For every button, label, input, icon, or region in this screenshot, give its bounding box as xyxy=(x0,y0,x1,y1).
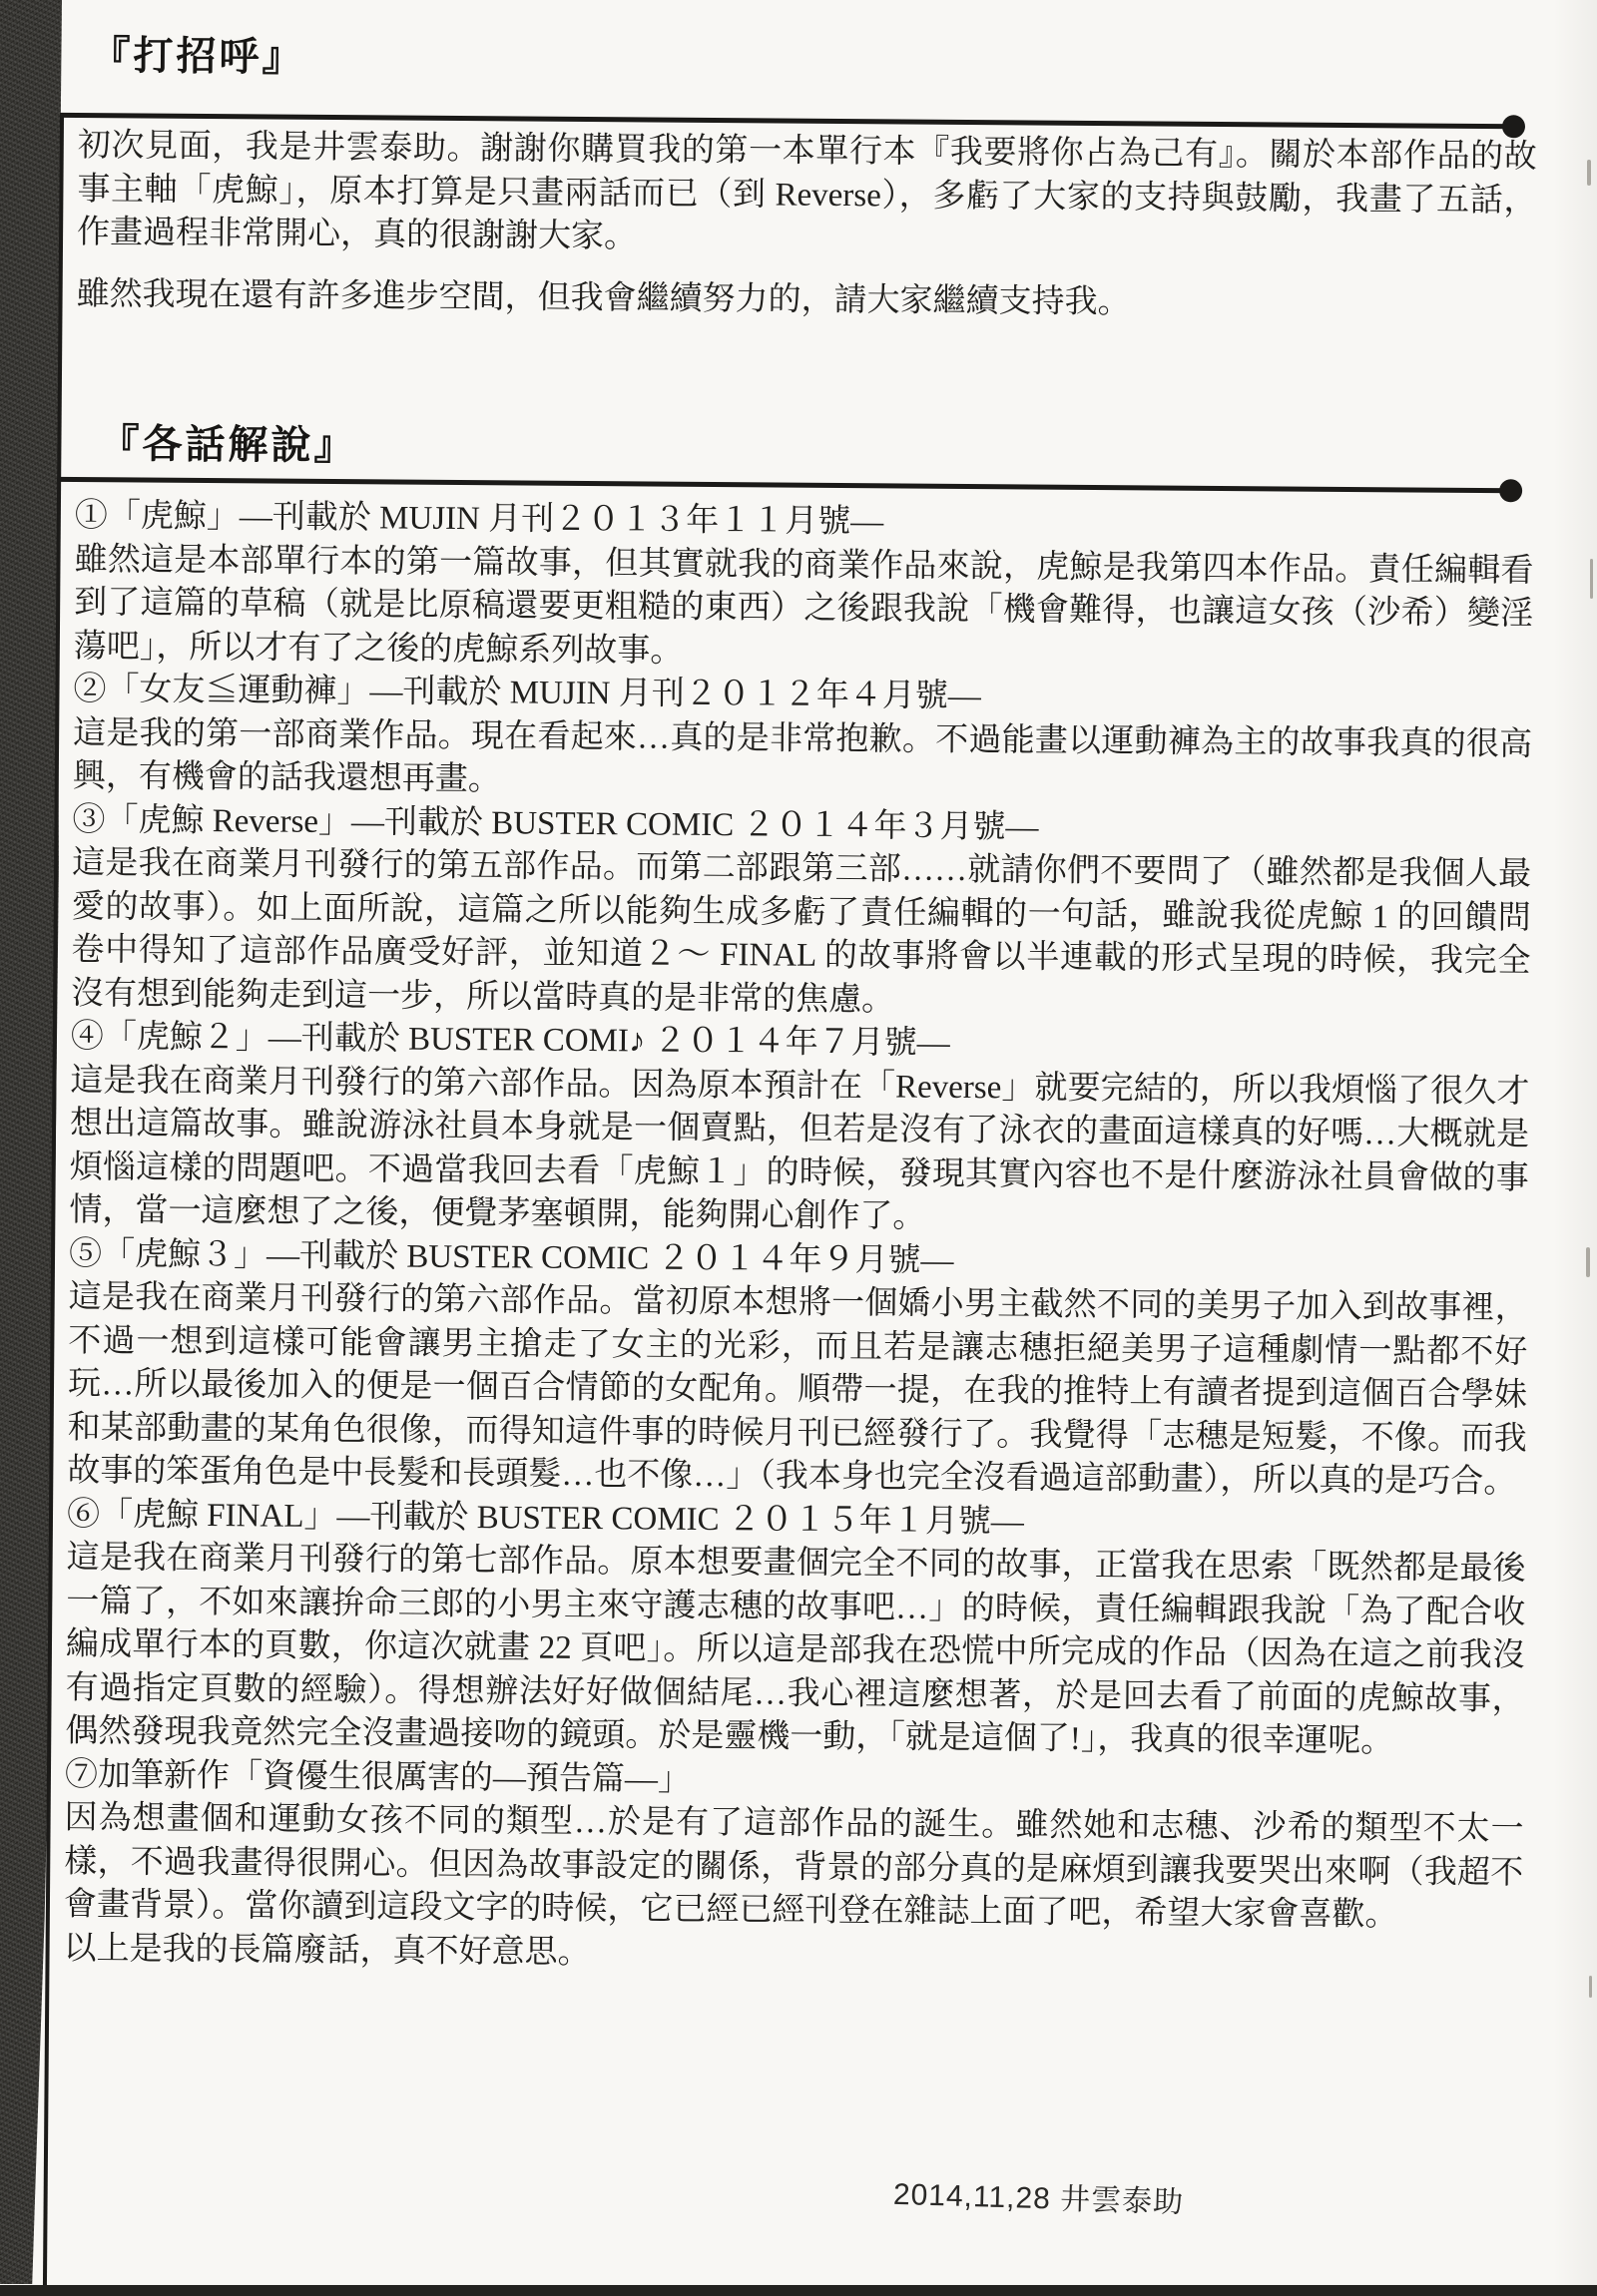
scan-right-shade xyxy=(1553,0,1597,2296)
commentary-section-title: 『各話解說』 xyxy=(99,420,1542,479)
commentary-entry: ②「女友≦運動褲」—刊載於 MUJIN 月刊２０１２年４月號— 這是我的第一部商… xyxy=(73,669,1533,810)
entry-body: 這是我的第一部商業作品。現在看起來…真的是非常抱歉。不過能畫以運動褲為主的故事我… xyxy=(73,711,1533,809)
entry-body: 因為想畫個和運動女孩不同的類型…於是有了這部作品的誕生。雖然她和志穗、沙希的類型… xyxy=(64,1797,1524,1939)
page-bottom-edge xyxy=(0,2285,1597,2296)
greeting-paragraph: 雖然我現在還有許多進步空間，但我會繼續努力的，請大家繼續支持我。 xyxy=(76,272,1535,327)
scan-noise xyxy=(1589,1976,1592,1998)
scan-noise xyxy=(1590,559,1593,599)
commentary-entry: ⑥「虎鯨 FINAL」—刊載於 BUSTER COMIC ２０１５年１月號— 這… xyxy=(65,1493,1526,1764)
commentary-entry: ①「虎鯨」—刊載於 MUJIN 月刊２０１３年１１月號— 雖然這是本部單行本的第… xyxy=(74,495,1534,680)
commentary-entry: ⑦加筆新作「資優生很厲害的—預告篇—」 因為想畫個和運動女孩不同的類型…於是有了… xyxy=(64,1753,1524,1938)
entry-body: 這是我在商業月刊發行的第七部作品。原本想要畫個完全不同的故事，正當我在思索「既然… xyxy=(65,1537,1526,1765)
greeting-paragraph: 初次見面，我是井雲泰助。謝謝你購買我的第一本單行本『我要將你占為己有』。關於本部… xyxy=(77,125,1537,266)
scan-noise xyxy=(1587,160,1591,186)
commentary-entry: ⑤「虎鯨３」—刊載於 BUSTER COMIC ２０１４年９月號— 這是我在商業… xyxy=(67,1232,1528,1504)
greeting-section-title: 『打招呼』 xyxy=(90,32,1545,91)
entry-body: 這是我在商業月刊發行的第五部作品。而第二部跟第三部……就請你們不要問了（雖然都是… xyxy=(71,842,1531,1027)
commentary-text: ①「虎鯨」—刊載於 MUJIN 月刊２０１３年１１月號— 雖然這是本部單行本的第… xyxy=(63,495,1534,1982)
date-signature: 2014,11,28 井雲泰助 xyxy=(892,2169,1184,2221)
greeting-text: 初次見面，我是井雲泰助。謝謝你購買我的第一本單行本『我要將你占為己有』。關於本部… xyxy=(76,125,1536,327)
entry-body: 這是我在商業月刊發行的第六部作品。因為原本預計在「Reverse」就要完結的，所… xyxy=(69,1059,1529,1243)
scan-noise xyxy=(1586,1247,1590,1277)
section-divider-rule xyxy=(57,477,1514,493)
entry-body: 雖然這是本部單行本的第一篇故事，但其實就我的商業作品來說，虎鯨是我第四本作品。責… xyxy=(74,538,1534,680)
afterword-page: 『打招呼』 初次見面，我是井雲泰助。謝謝你購買我的第一本單行本『我要將你占為己有… xyxy=(45,0,1545,1982)
commentary-entry: ④「虎鯨２」—刊載於 BUSTER COMI♪ ２０１４年７月號— 這是我在商業… xyxy=(69,1016,1530,1244)
rule-end-dot xyxy=(1502,115,1525,138)
rule-end-dot xyxy=(1499,479,1522,502)
commentary-entry: ③「虎鯨 Reverse」—刊載於 BUSTER COMIC ２０１４年３月號—… xyxy=(71,798,1532,1027)
entry-body: 這是我在商業月刊發行的第六部作品。當初原本想將一個嬌小男主截然不同的美男子加入到… xyxy=(67,1276,1528,1505)
